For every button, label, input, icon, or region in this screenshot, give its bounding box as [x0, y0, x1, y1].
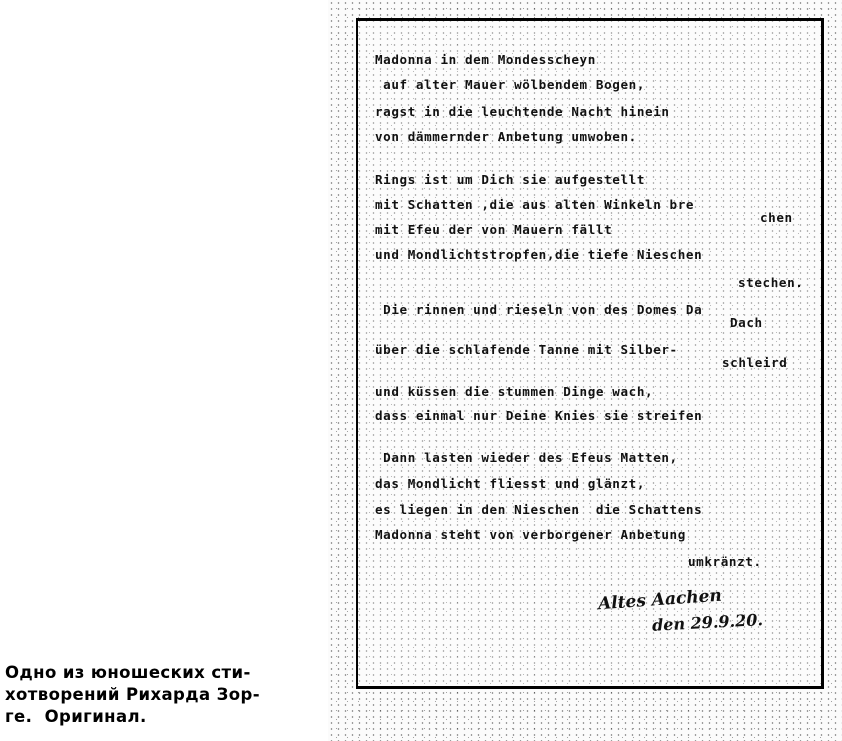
- poem-line: mit Schatten ,die aus alten Winkeln bre: [375, 198, 694, 212]
- poem-line: über die schlafende Tanne mit Silber-: [375, 343, 678, 357]
- caption-line: хотворений Рихарда Зор-: [5, 684, 305, 706]
- poem-line: auf alter Mauer wölbendem Bogen,: [375, 78, 645, 92]
- poem-line: von dämmernder Anbetung umwoben.: [375, 130, 637, 144]
- poem-line: stechen.: [738, 276, 803, 290]
- poem-line: schleird: [722, 356, 787, 370]
- marginal-note: chen: [760, 211, 793, 225]
- poem-line: Dach: [730, 316, 763, 330]
- caption-line: ге. Оригинал.: [5, 706, 305, 728]
- poem-line: mit Efeu der von Mauern fällt: [375, 223, 612, 237]
- poem-line: und küssen die stummen Dinge wach,: [375, 385, 653, 399]
- poem-line: Die rinnen und rieseln von des Domes Da: [375, 303, 702, 317]
- poem-line: Madonna steht von verborgener Anbetung: [375, 528, 686, 542]
- poem-line: das Mondlicht fliesst und glänzt,: [375, 477, 645, 491]
- figure-caption: Одно из юношеских сти- хотворений Рихард…: [5, 662, 305, 728]
- poem-line: umkränzt.: [688, 555, 762, 569]
- poem-line: dass einmal nur Deine Knies sie streifen: [375, 409, 702, 423]
- poem-line: es liegen in den Nieschen die Schattens: [375, 503, 702, 517]
- poem-line: Dann lasten wieder des Efeus Matten,: [375, 451, 678, 465]
- poem-line: Madonna in dem Mondesscheyn: [375, 53, 596, 67]
- caption-line: Одно из юношеских сти-: [5, 662, 305, 684]
- poem-line: Rings ist um Dich sie aufgestellt: [375, 173, 645, 187]
- poem-line: ragst in die leuchtende Nacht hinein: [375, 105, 670, 119]
- poem-line: und Mondlichtstropfen,die tiefe Nieschen: [375, 248, 702, 262]
